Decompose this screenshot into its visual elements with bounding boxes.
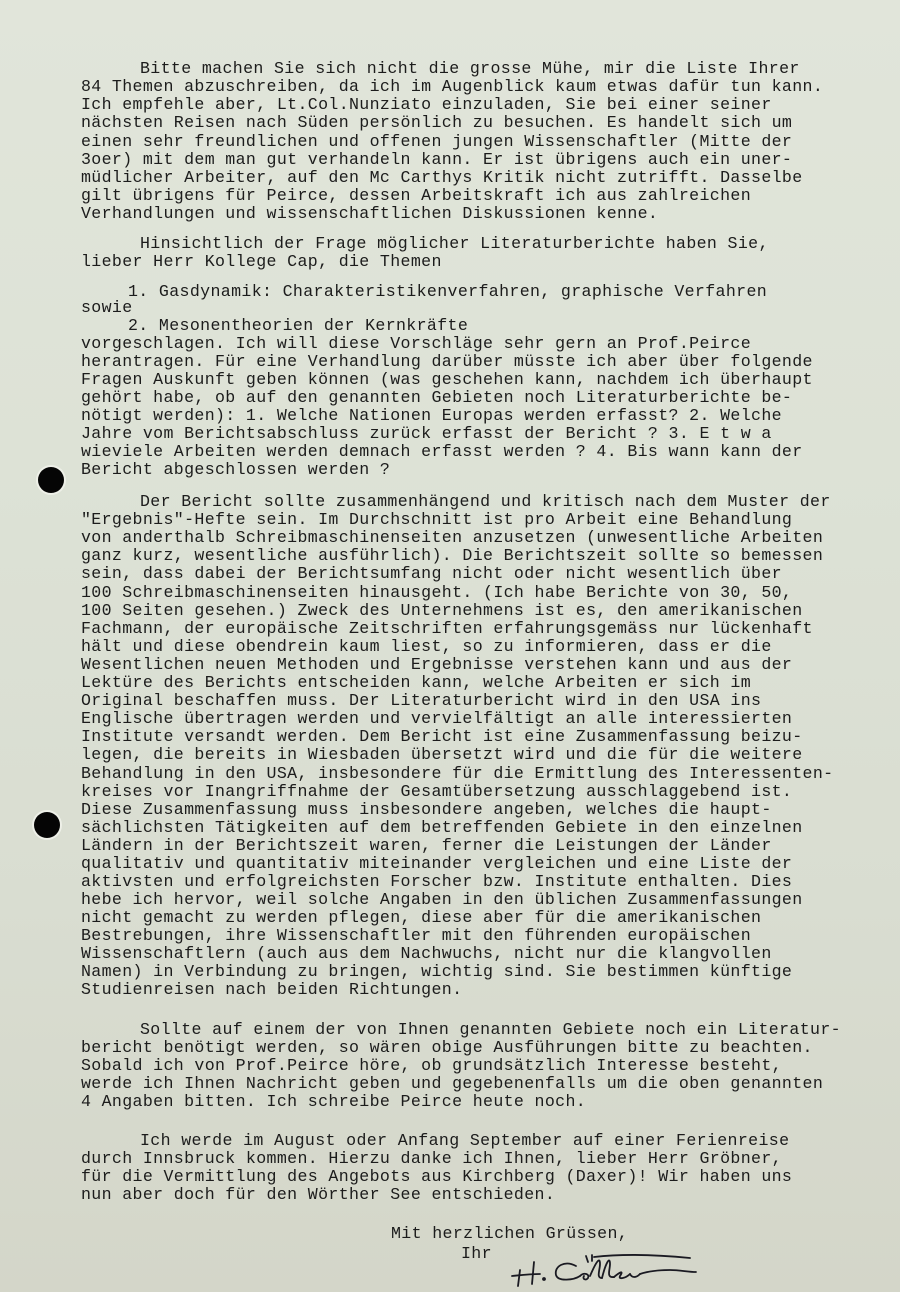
paragraph-4-line: Wissenschaftlern (auch aus dem Nachwuchs… bbox=[81, 945, 772, 963]
paragraph-4-line: von anderthalb Schreibmaschinenseiten an… bbox=[81, 529, 823, 547]
handwritten-signature bbox=[510, 1248, 710, 1288]
paragraph-4-line: Namen) in Verbindung zu bringen, wichtig… bbox=[81, 963, 792, 981]
paragraph-4-line: Original beschaffen muss. Der Literaturb… bbox=[81, 692, 761, 710]
paragraph-4-line: Bestrebungen, ihre Wissenschaftler mit d… bbox=[81, 927, 751, 945]
paragraph-4-line: Diese Zusammenfassung muss insbesondere … bbox=[81, 801, 772, 819]
paragraph-5-line: bericht benötigt werden, so wären obige … bbox=[81, 1039, 813, 1057]
paragraph-3-line: vorgeschlagen. Ich will diese Vorschläge… bbox=[81, 335, 751, 353]
paragraph-3-line: herantragen. Für eine Verhandlung darübe… bbox=[81, 353, 813, 371]
paragraph-3-line: Bericht abgeschlossen werden ? bbox=[81, 461, 390, 479]
paragraph-4-line: hebe ich hervor, weil solche Angaben in … bbox=[81, 891, 803, 909]
paragraph-4-line: Studienreisen nach beiden Richtungen. bbox=[81, 981, 462, 999]
letter-page: Bitte machen Sie sich nicht die grosse M… bbox=[0, 0, 900, 1292]
punch-hole bbox=[34, 812, 60, 838]
paragraph-2-line: Hinsichtlich der Frage möglicher Literat… bbox=[140, 235, 769, 253]
paragraph-6-line: für die Vermittlung des Angebots aus Kir… bbox=[81, 1168, 792, 1186]
paragraph-3-line: nötigt werden): 1. Welche Nationen Europ… bbox=[81, 407, 782, 425]
signature-icon bbox=[510, 1248, 710, 1288]
paragraph-6-line: Ich werde im August oder Anfang Septembe… bbox=[140, 1132, 789, 1150]
paragraph-4-line: aktivsten und erfolgreichsten Forscher b… bbox=[81, 873, 792, 891]
closing-salutation: Mit herzlichen Grüssen, bbox=[391, 1225, 628, 1243]
paragraph-4-line: Fachmann, der europäische Zeitschriften … bbox=[81, 620, 813, 638]
paragraph-3-line: Fragen Auskunft geben können (was gesche… bbox=[81, 371, 813, 389]
paragraph-2-line: lieber Herr Kollege Cap, die Themen bbox=[81, 253, 442, 271]
paragraph-4-line: sächlichsten Tätigkeiten auf dem betreff… bbox=[81, 819, 803, 837]
paragraph-4-line: Institute versandt werden. Dem Bericht i… bbox=[81, 728, 803, 746]
paragraph-1-line: müdlicher Arbeiter, auf den Mc Carthys K… bbox=[81, 169, 803, 187]
paragraph-4-line: Lektüre des Berichts entscheiden kann, w… bbox=[81, 674, 751, 692]
paragraph-6-line: nun aber doch für den Wörther See entsch… bbox=[81, 1186, 555, 1204]
paragraph-4-line: Der Bericht sollte zusammenhängend und k… bbox=[140, 493, 831, 511]
paragraph-3-line: gehört habe, ob auf den genannten Gebiet… bbox=[81, 389, 792, 407]
paragraph-1-line: nächsten Reisen nach Süden persönlich zu… bbox=[81, 114, 792, 132]
paragraph-5-line: werde ich Ihnen Nachricht geben und gege… bbox=[81, 1075, 823, 1093]
paragraph-5-line: Sobald ich von Prof.Peirce höre, ob grun… bbox=[81, 1057, 782, 1075]
paragraph-1-line: 3oer) mit dem man gut verhandeln kann. E… bbox=[81, 151, 792, 169]
paragraph-4-line: Behandlung in den USA, insbesondere für … bbox=[81, 765, 833, 783]
paragraph-1-line: Verhandlungen und wissenschaftlichen Dis… bbox=[81, 205, 658, 223]
paragraph-3-line: Jahre vom Berichtsabschluss zurück erfas… bbox=[81, 425, 772, 443]
paragraph-4-line: Ländern in der Berichtszeit waren, ferne… bbox=[81, 837, 772, 855]
paragraph-4-line: Wesentlichen neuen Methoden und Ergebnis… bbox=[81, 656, 792, 674]
paragraph-1-line: Bitte machen Sie sich nicht die grosse M… bbox=[140, 60, 800, 78]
topic-list-item-1: 1. Gasdynamik: Charakteristikenverfahren… bbox=[128, 283, 767, 301]
paragraph-1-line: einen sehr freundlichen und offenen jung… bbox=[81, 133, 792, 151]
paragraph-4-line: legen, die bereits in Wiesbaden übersetz… bbox=[81, 746, 803, 764]
paragraph-4-line: 100 Schreibmaschinenseiten hinausgeht. (… bbox=[81, 584, 792, 602]
paragraph-4-line: kreises vor Inangriffnahme der Gesamtübe… bbox=[81, 783, 792, 801]
paragraph-5-line: Sollte auf einem der von Ihnen genannten… bbox=[140, 1021, 841, 1039]
paragraph-4-line: ganz kurz, wesentliche ausführlich). Die… bbox=[81, 547, 823, 565]
paragraph-4-line: 100 Seiten gesehen.) Zweck des Unternehm… bbox=[81, 602, 803, 620]
topic-list-item-2: 2. Mesonentheorien der Kernkräfte bbox=[128, 317, 468, 335]
paragraph-1-line: gilt übrigens für Peirce, dessen Arbeits… bbox=[81, 187, 751, 205]
paragraph-5-line: 4 Angaben bitten. Ich schreibe Peirce he… bbox=[81, 1093, 586, 1111]
paragraph-6-line: durch Innsbruck kommen. Hierzu danke ich… bbox=[81, 1150, 782, 1168]
paragraph-4-line: Englische übertragen werden und vervielf… bbox=[81, 710, 792, 728]
paragraph-1-line: Ich empfehle aber, Lt.Col.Nunziato einzu… bbox=[81, 96, 772, 114]
paragraph-4-line: "Ergebnis"-Hefte sein. Im Durchschnitt i… bbox=[81, 511, 792, 529]
paragraph-3-line: wieviele Arbeiten werden demnach erfasst… bbox=[81, 443, 803, 461]
punch-hole bbox=[38, 467, 64, 493]
paragraph-1-line: 84 Themen abzuschreiben, da ich im Augen… bbox=[81, 78, 823, 96]
paragraph-4-line: qualitativ und quantitativ miteinander v… bbox=[81, 855, 792, 873]
paragraph-4-line: nicht gemacht zu werden pflegen, diese a… bbox=[81, 909, 761, 927]
paragraph-4-line: sein, dass dabei der Berichtsumfang nich… bbox=[81, 565, 782, 583]
paragraph-3-line: sowie bbox=[81, 299, 133, 317]
paragraph-4-line: hält und diese obendrein kaum liest, so … bbox=[81, 638, 772, 656]
closing-prefix: Ihr bbox=[461, 1245, 492, 1263]
